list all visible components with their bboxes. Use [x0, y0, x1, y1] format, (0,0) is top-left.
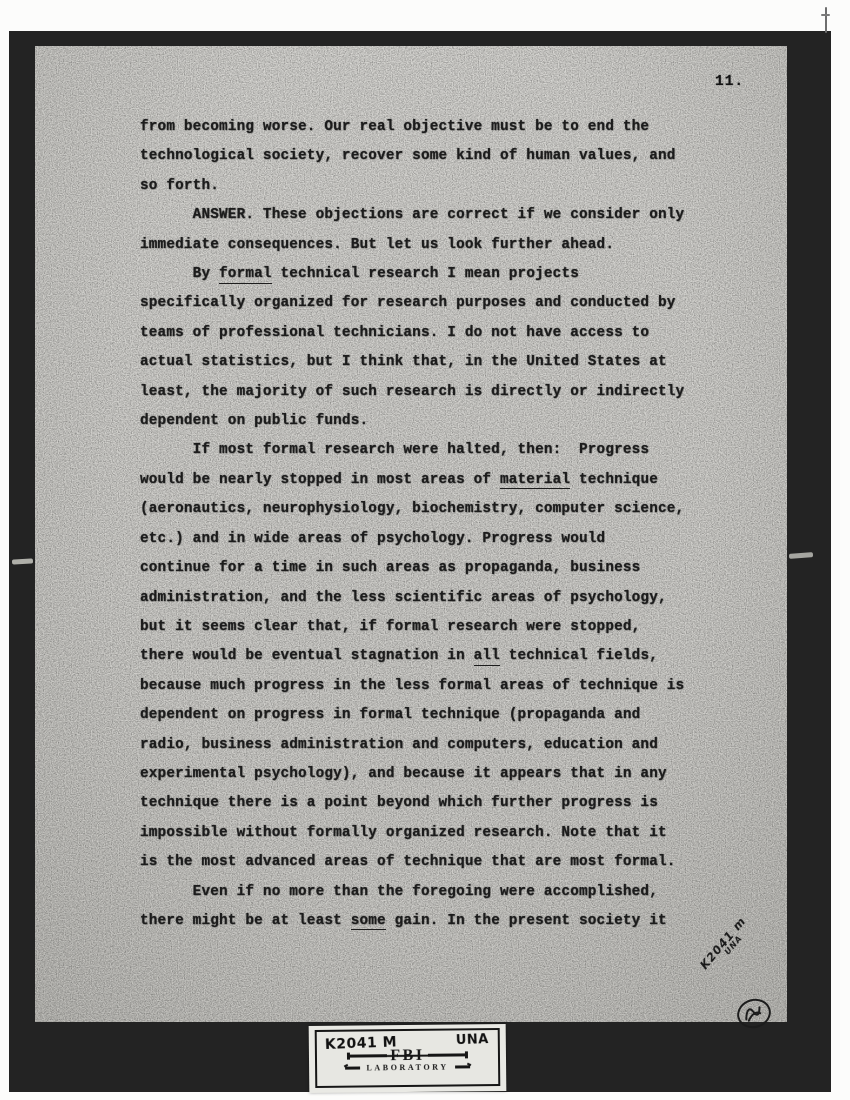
fbi-logo-right-bar	[428, 1054, 468, 1057]
text-segment: impossible without formally organized re…	[140, 825, 667, 841]
text-line: (aeronautics, neurophysiology, biochemis…	[140, 495, 684, 524]
text-line: etc.) and in wide areas of psychology. P…	[140, 525, 684, 554]
text-line: If most formal research were halted, the…	[140, 436, 684, 465]
text-line: so forth.	[140, 172, 684, 201]
text-segment: (aeronautics, neurophysiology, biochemis…	[140, 501, 684, 517]
text-segment: least, the majority of such research is …	[140, 384, 684, 400]
text-line: specifically organized for research purp…	[140, 289, 684, 318]
text-line: dependent on public funds.	[140, 407, 684, 436]
text-segment: there might be at least	[140, 913, 351, 929]
text-segment: so forth.	[140, 178, 219, 194]
text-line: but it seems clear that, if formal resea…	[140, 613, 684, 642]
paper-sheet: 11. from becoming worse. Our real object…	[35, 46, 787, 1022]
text-line: ANSWER. These objections are correct if …	[140, 201, 684, 230]
text-segment: administration, and the less scientific …	[140, 590, 667, 606]
text-segment: would be nearly stopped in most areas of	[140, 472, 500, 488]
text-segment: etc.) and in wide areas of psychology. P…	[140, 531, 605, 547]
text-segment: experimental psychology), and because it…	[140, 766, 667, 782]
scan-artifact-mark-horizontal	[821, 14, 830, 16]
scan-artifact-mark	[821, 7, 831, 35]
fbi-logo-text: FBI	[387, 1048, 427, 1063]
laboratory-left-flourish	[345, 1067, 360, 1070]
stamp-case-suffix: UNA	[456, 1032, 490, 1048]
text-line: teams of professional technicians. I do …	[140, 319, 684, 348]
text-segment: there would be eventual stagnation in	[140, 648, 474, 664]
text-segment: teams of professional technicians. I do …	[140, 325, 649, 341]
text-segment: radio, business administration and compu…	[140, 737, 658, 753]
text-line: technique there is a point beyond which …	[140, 789, 684, 818]
scan-artifact-mark-vertical	[825, 7, 827, 33]
underlined-word: all	[474, 648, 500, 666]
text-segment: technical research I mean projects	[272, 266, 579, 282]
text-line: immediate consequences. But let us look …	[140, 231, 684, 260]
text-segment: dependent on progress in formal techniqu…	[140, 707, 640, 723]
text-segment: technique	[570, 472, 658, 488]
text-segment: immediate consequences. But let us look …	[140, 237, 614, 253]
scanned-document-page: 11. from becoming worse. Our real object…	[0, 0, 850, 1100]
fbi-laboratory-stamp: K2041 M UNA FBI LABORATORY	[309, 1024, 507, 1093]
text-line: continue for a time in such areas as pro…	[140, 554, 684, 583]
text-segment: because much progress in the less formal…	[140, 678, 684, 694]
fbi-logo-left-bar	[347, 1054, 387, 1057]
text-segment: from becoming worse. Our real objective …	[140, 119, 649, 135]
text-line: radio, business administration and compu…	[140, 731, 684, 760]
text-line: least, the majority of such research is …	[140, 378, 684, 407]
text-line: from becoming worse. Our real objective …	[140, 113, 684, 142]
scan-border-frame: 11. from becoming worse. Our real object…	[9, 31, 831, 1092]
laboratory-label: LABORATORY	[366, 1063, 448, 1073]
text-segment: specifically organized for research purp…	[140, 295, 676, 311]
underlined-word: material	[500, 472, 570, 490]
text-line: dependent on progress in formal techniqu…	[140, 701, 684, 730]
laboratory-row: LABORATORY	[317, 1062, 498, 1073]
text-line: because much progress in the less formal…	[140, 672, 684, 701]
underlined-word: some	[351, 913, 386, 931]
laboratory-right-flourish	[455, 1066, 470, 1069]
text-line: actual statistics, but I think that, in …	[140, 348, 684, 377]
text-segment: technical fields,	[500, 648, 658, 664]
text-line: is the most advanced areas of technique …	[140, 848, 684, 877]
text-block: from becoming worse. Our real objective …	[140, 113, 684, 936]
text-segment: If most formal research were halted, the…	[140, 442, 649, 458]
text-line: By formal technical research I mean proj…	[140, 260, 684, 289]
text-line: experimental psychology), and because it…	[140, 760, 684, 789]
text-line: there would be eventual stagnation in al…	[140, 642, 684, 671]
text-segment: but it seems clear that, if formal resea…	[140, 619, 640, 635]
text-segment: Even if no more than the foregoing were …	[140, 884, 658, 900]
text-segment: dependent on public funds.	[140, 413, 368, 429]
text-segment: By	[140, 266, 219, 282]
text-line: technological society, recover some kind…	[140, 142, 684, 171]
text-segment: continue for a time in such areas as pro…	[140, 560, 640, 576]
text-line: administration, and the less scientific …	[140, 584, 684, 613]
stamp-border-box: K2041 M UNA FBI LABORATORY	[315, 1028, 501, 1088]
text-segment: actual statistics, but I think that, in …	[140, 354, 667, 370]
text-segment: gain. In the present society it	[386, 913, 667, 929]
text-segment: technique there is a point beyond which …	[140, 795, 658, 811]
text-segment: technological society, recover some kind…	[140, 148, 676, 164]
underlined-word: formal	[219, 266, 272, 284]
text-segment: ANSWER. These objections are correct if …	[140, 207, 684, 223]
text-line: there might be at least some gain. In th…	[140, 907, 684, 936]
text-line: impossible without formally organized re…	[140, 819, 684, 848]
text-segment: is the most advanced areas of technique …	[140, 854, 676, 870]
page-number: 11.	[715, 74, 744, 90]
text-line: would be nearly stopped in most areas of…	[140, 466, 684, 495]
text-line: Even if no more than the foregoing were …	[140, 878, 684, 907]
